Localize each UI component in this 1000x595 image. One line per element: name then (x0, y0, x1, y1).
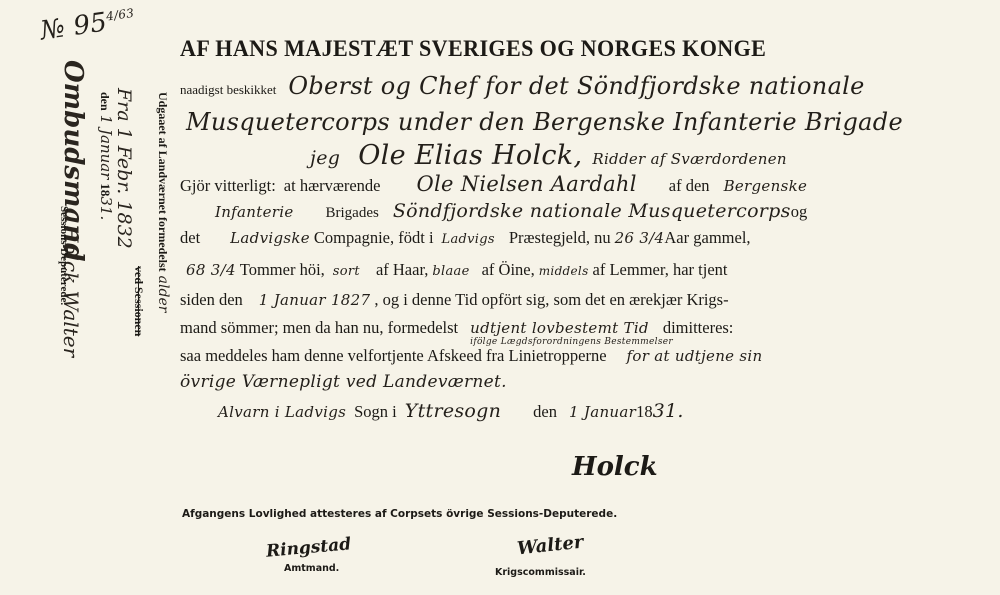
den-label: den (98, 92, 112, 111)
handwritten-build: middels (539, 264, 589, 278)
handwritten-reason: udtjent lovbestemt Tid (470, 319, 649, 337)
printed-siden-den: siden den (180, 290, 243, 309)
printed-sogn-i: Sogn i (354, 402, 397, 421)
attestation-text: Afgangens Lovlighed attesteres af Corpse… (182, 508, 617, 520)
body-line-8: siden den 1 Januar 1827 , og i denne Tid… (180, 290, 729, 310)
handwritten-text: Musquetercorps under den Bergenske Infan… (186, 108, 903, 136)
handwritten-commander-name: Ole Elias Holck, (358, 140, 582, 171)
printed-den: den (533, 402, 557, 421)
handwritten-birthplace: Ladvigs (442, 232, 495, 247)
printed-af-oine: af Öine, (482, 260, 535, 279)
printed-afskeed: saa meddeles ham denne velfortjente Afsk… (180, 346, 607, 365)
body-line-9: mand sömmer; men da han nu, formedelst u… (180, 318, 733, 338)
handwritten-soldier-name: Ole Nielsen Aardahl (416, 172, 636, 196)
amtmand-label: Amtmand. (284, 563, 339, 574)
udgaaet-hand: alder (155, 276, 171, 313)
margin-handwritten-vertical-2: Fra 1 Febr. 1832 (113, 88, 135, 249)
handwritten-text: Oberst og Chef for det Söndfjordske nati… (288, 72, 864, 100)
printed-gjor: Gjör vitterligt: (180, 176, 276, 195)
krigscommissair-label: Krigscommissair. (495, 567, 586, 578)
printed-af-lemmer: af Lemmer, har tjent (593, 260, 728, 279)
margin-printed-vertical-1: Udgaaet af Landværnet formedelst alder (154, 92, 172, 312)
handwritten-corps: Söndfjordske nationale Musquetercorps (393, 200, 791, 222)
printed-praestegjeld: Præstegjeld, nu (509, 228, 611, 247)
handwritten-title: Ridder af Sværdordenen (592, 150, 786, 168)
body-line-5: Infanterie Brigades Söndfjordske nationa… (215, 200, 807, 222)
handwritten-height: 68 3/4 (186, 261, 236, 279)
body-line-6: det Ladvigske Compagnie, födt i Ladvigs … (180, 228, 751, 248)
document-title: AF HANS MAJESTÆT SVERIGES OG NORGES KONG… (180, 36, 766, 62)
body-line-4: Gjör vitterligt: at hærværende Ole Niels… (180, 172, 807, 196)
printed-formedelst: mand sömmer; men da han nu, formedelst (180, 318, 458, 337)
number-suffix: 4/63 (105, 6, 135, 24)
printed-compagnie: Compagnie, födt i (314, 228, 434, 247)
printed-tommer: Tommer höi, (240, 260, 325, 279)
body-line-3: jeg Ole Elias Holck, Ridder af Sværdorde… (310, 140, 787, 171)
handwritten-parish: Yttresogn (405, 400, 501, 422)
printed-aar-gammel: Aar gammel, (664, 228, 750, 247)
printed-dimitteres: dimitteres: (663, 318, 734, 337)
margin-number: № 954/63 (38, 4, 137, 47)
handwritten-age: 26 3/4 (615, 229, 665, 247)
margin-printed-vertical-3: Sessions-Deputerede. (58, 206, 70, 305)
handwritten-place: Alvarn i Ladvigs (218, 403, 346, 421)
commander-signature: Holck (572, 452, 658, 482)
document-page: № 954/63 Ombudsmand den 1 Januar 1831. H… (0, 0, 1000, 595)
handwritten-jeg: jeg (310, 147, 340, 169)
body-line-10: saa meddeles ham denne velfortjente Afsk… (180, 346, 762, 366)
body-line-1: naadigst beskikket Oberst og Chef for de… (180, 72, 865, 100)
handwritten-date: 1 Januar (569, 403, 636, 421)
handwritten-eyes: blaae (432, 264, 469, 279)
body-line-7: 68 3/4 Tommer höi, sort af Haar, blaae a… (186, 260, 727, 280)
body-line-2: Musquetercorps under den Bergenske Infan… (186, 108, 903, 136)
printed-af-den: af den (669, 176, 710, 195)
printed-af-haar: af Haar, (376, 260, 428, 279)
handwritten-company: Ladvigske (230, 229, 310, 247)
printed-conduct: , og i denne Tid opfört sig, som det en … (374, 290, 728, 309)
printed-det: det (180, 228, 200, 247)
number-label: № 95 (38, 7, 109, 46)
printed-brigades: Brigades (326, 205, 379, 221)
margin-printed-vertical-2: ved Sessionen (131, 266, 146, 336)
printed-year: 18 (636, 402, 653, 421)
handwritten-infanterie: Infanterie (215, 203, 294, 221)
handwritten-purpose: for at udtjene sin (627, 347, 763, 365)
handwritten-service-start: 1 Januar 1827 (259, 291, 371, 309)
handwritten-bergenske: Bergenske (724, 177, 808, 195)
body-line-11: övrige Værnepligt ved Landeværnet. (180, 372, 507, 392)
place-date-line: Alvarn i Ladvigs Sogn i Yttresogn den 1 … (218, 400, 684, 422)
handwritten-landevaern: övrige Værnepligt ved Landeværnet. (180, 372, 507, 392)
udgaaet-text: Udgaaet af Landværnet formedelst (156, 92, 170, 272)
krigscommissair-signature: Walter (516, 532, 584, 560)
handwritten-hair: sort (333, 264, 360, 279)
amtmand-signature: Ringstad (265, 534, 352, 561)
printed-hervaerende: at hærværende (284, 176, 381, 195)
year-printed: 18 (98, 183, 113, 196)
handwritten-year: 31. (653, 400, 684, 422)
printed-og: og (791, 202, 808, 221)
printed-text: naadigst beskikket (180, 82, 276, 97)
